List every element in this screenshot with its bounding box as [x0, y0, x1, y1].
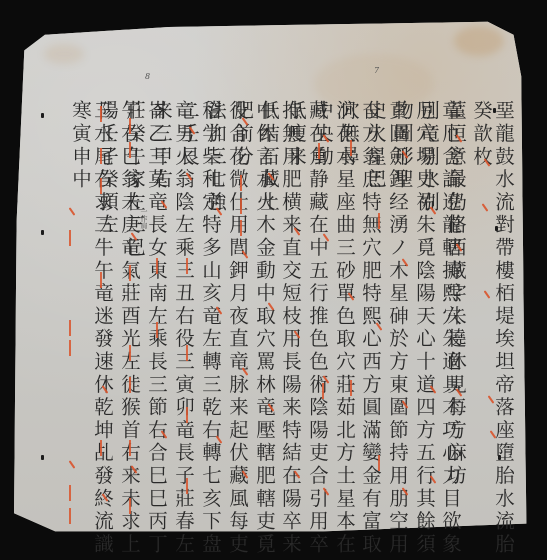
text-column-1: 堊龍鼓水流對帶樓栢堤埃坦帝落座墮胎水流胎癸歆枚 [470, 100, 514, 560]
red-proper-noun-bar [240, 175, 242, 191]
red-proper-noun-bar [156, 258, 158, 274]
red-proper-noun-bar [129, 142, 131, 158]
binding-hole-dot [41, 230, 44, 235]
binding-hole-dot [41, 455, 44, 460]
red-proper-noun-bar [69, 508, 71, 524]
red-proper-noun-bar [156, 322, 158, 338]
red-proper-noun-bar [129, 265, 131, 281]
red-proper-noun-bar [129, 345, 131, 361]
red-proper-noun-bar [129, 440, 131, 456]
red-proper-noun-bar [100, 272, 102, 288]
paper-stain [454, 26, 504, 56]
paper-stain [44, 44, 84, 64]
text-column-16: 三水尾右求三牛午竜迷發速休乾坤乩發終流識寒寅申中 [69, 100, 113, 560]
red-proper-noun-bar [378, 455, 380, 471]
binding-hole-dot [41, 113, 44, 118]
red-proper-noun-bar [186, 345, 188, 361]
red-proper-noun-bar [129, 118, 131, 134]
red-proper-noun-bar [69, 230, 71, 246]
page-mark-left: 8 [145, 72, 150, 81]
red-proper-noun-bar [378, 213, 380, 229]
red-proper-noun-bar [69, 485, 71, 501]
red-proper-noun-bar [186, 478, 188, 494]
red-proper-noun-bar [100, 440, 102, 456]
red-proper-noun-bar [129, 377, 131, 393]
red-proper-noun-bar [69, 320, 71, 336]
red-proper-noun-bar [129, 498, 131, 514]
red-proper-noun-bar [186, 407, 188, 423]
red-proper-noun-bar [240, 198, 242, 214]
page-mark-right: 7 [374, 66, 379, 75]
red-proper-noun-bar [100, 106, 102, 122]
red-proper-noun-bar [350, 380, 352, 396]
red-proper-noun-bar [350, 140, 352, 156]
marginal-note: 一作肩 [139, 208, 149, 229]
red-proper-noun-bar [100, 178, 102, 194]
red-proper-noun-bar [186, 258, 188, 274]
red-proper-noun-bar [318, 143, 320, 159]
red-proper-noun-bar [69, 340, 71, 356]
red-proper-noun-bar [240, 220, 242, 236]
red-proper-noun-bar [100, 148, 102, 164]
red-proper-noun-bar [322, 383, 324, 399]
